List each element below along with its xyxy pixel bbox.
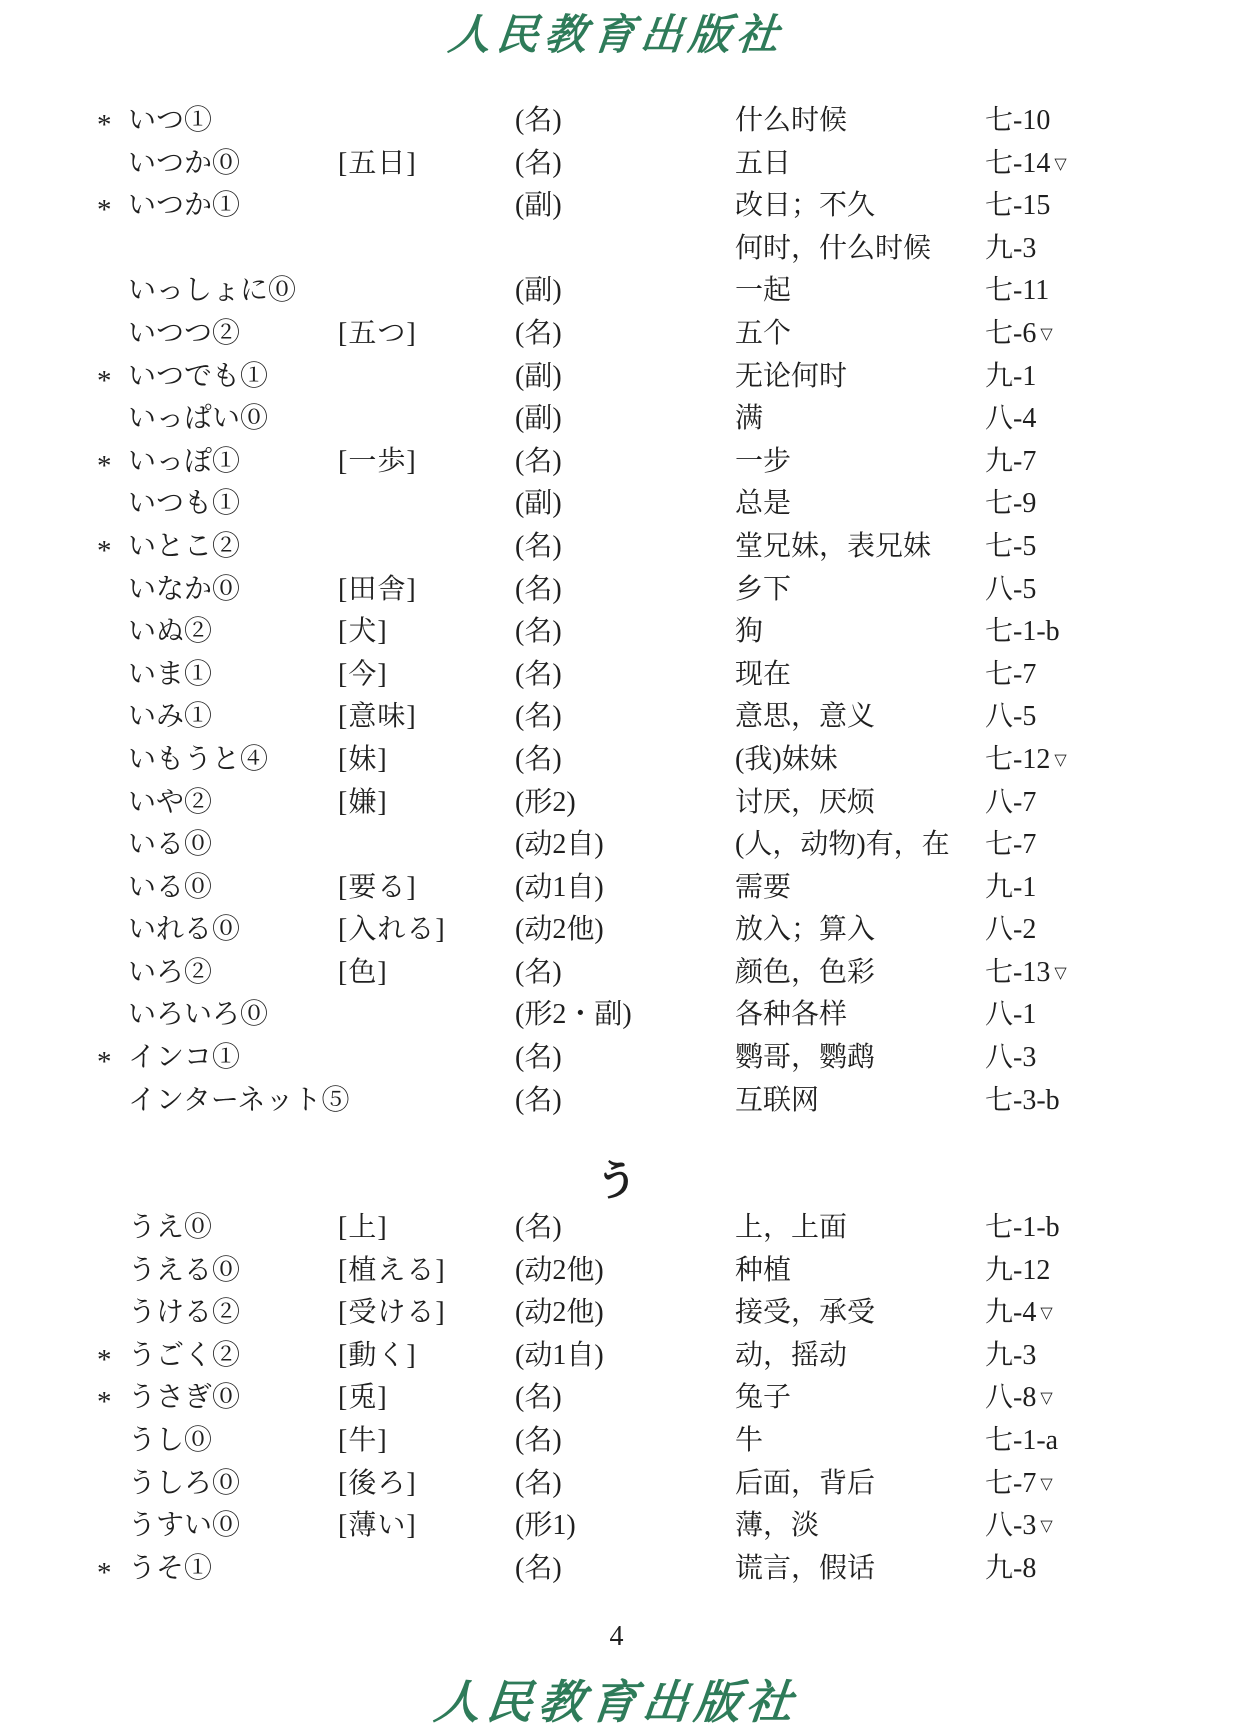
triangle-mark-icon: ▽ (1054, 156, 1066, 173)
word-kanji: [兎] (338, 1377, 388, 1420)
word-kanji: [植える] (338, 1250, 446, 1293)
lesson-reference: 九-1 (985, 867, 1036, 910)
word-kana: うすい⓪ (128, 1505, 240, 1548)
word-kana: うし⓪ (128, 1420, 212, 1463)
vocab-row: いろ②[色](名)颜色，色彩七-13▽ (0, 952, 1233, 995)
part-of-speech: (形2・副) (515, 994, 632, 1037)
part-of-speech: (名) (515, 1080, 562, 1123)
meaning-chinese: 满 (735, 398, 763, 441)
lesson-reference: 八-3▽ (985, 1505, 1053, 1548)
star-mark: * (97, 1041, 112, 1084)
part-of-speech: (名) (515, 696, 562, 739)
star-mark: * (97, 445, 112, 488)
vocab-row: *いつでも①(副)无论何时九-1 (0, 356, 1233, 399)
part-of-speech: (名) (515, 952, 562, 995)
word-kana: うける② (128, 1292, 240, 1335)
word-kana: いや② (128, 782, 212, 825)
part-of-speech: (名) (515, 441, 562, 484)
lesson-reference: 七-7 (985, 654, 1036, 697)
vocab-row: いれる⓪[入れる](动2他)放入；算入八-2 (0, 909, 1233, 952)
triangle-mark-icon: ▽ (1040, 1518, 1052, 1535)
part-of-speech: (名) (515, 313, 562, 356)
meaning-chinese: (人，动物)有，在 (735, 824, 950, 867)
meaning-chinese: 兔子 (735, 1377, 791, 1420)
vocab-section-i: *いつ①(名)什么时候七-10いつか⓪[五日](名)五日七-14▽*いつか①(副… (0, 100, 1233, 1122)
meaning-chinese: 互联网 (735, 1080, 819, 1123)
meaning-chinese: 上，上面 (735, 1207, 847, 1250)
word-kana: いつ① (128, 100, 212, 143)
triangle-mark-icon: ▽ (1040, 1476, 1052, 1493)
lesson-reference: 九-4▽ (985, 1292, 1053, 1335)
word-kanji: [受ける] (338, 1292, 446, 1335)
part-of-speech: (副) (515, 185, 562, 228)
word-kana: いろいろ⓪ (128, 994, 268, 1037)
word-kanji: [五日] (338, 143, 417, 186)
vocab-row: いつつ②[五つ](名)五个七-6▽ (0, 313, 1233, 356)
word-kana: いっぽ① (128, 441, 240, 484)
word-kana: うしろ⓪ (128, 1463, 240, 1506)
lesson-reference: 七-1-b (985, 611, 1060, 654)
star-mark: * (97, 1339, 112, 1382)
word-kana: いれる⓪ (128, 909, 240, 952)
vocab-row: うすい⓪[薄い](形1)薄，淡八-3▽ (0, 1505, 1233, 1548)
meaning-chinese: 狗 (735, 611, 763, 654)
word-kanji: [妹] (338, 739, 388, 782)
meaning-chinese: 各种各样 (735, 994, 847, 1037)
word-kanji: [田舎] (338, 569, 417, 612)
meaning-chinese: 无论何时 (735, 356, 847, 399)
meaning-chinese: 现在 (735, 654, 791, 697)
part-of-speech: (动2他) (515, 1250, 604, 1293)
word-kanji: [後ろ] (338, 1463, 417, 1506)
word-kanji: [要る] (338, 867, 417, 910)
word-kanji: [上] (338, 1207, 388, 1250)
vocab-row: *うそ①(名)谎言，假话九-8 (0, 1548, 1233, 1591)
vocab-row: *いっぽ①[一歩](名)一步九-7 (0, 441, 1233, 484)
part-of-speech: (名) (515, 611, 562, 654)
lesson-reference: 九-12 (985, 1250, 1050, 1293)
part-of-speech: (形2) (515, 782, 576, 825)
lesson-reference: 七-6▽ (985, 313, 1053, 356)
publisher-logo-footer: 人民教育出版社 (0, 1672, 1233, 1734)
meaning-chinese: 种植 (735, 1250, 791, 1293)
word-kana: インコ① (128, 1037, 240, 1080)
vocab-row: いっしょに⓪(副)一起七-11 (0, 270, 1233, 313)
vocab-section-u: うえ⓪[上](名)上，上面七-1-bうえる⓪[植える](动2他)种植九-12うけ… (0, 1207, 1233, 1590)
meaning-chinese: 什么时候 (735, 100, 847, 143)
lesson-reference: 七-15 (985, 185, 1050, 228)
star-mark: * (97, 1381, 112, 1424)
word-kana: いる⓪ (128, 824, 212, 867)
vocab-row: インターネット⑤(名)互联网七-3-b (0, 1080, 1233, 1123)
part-of-speech: (名) (515, 739, 562, 782)
word-kana: いま① (128, 654, 212, 697)
meaning-chinese: 需要 (735, 867, 791, 910)
word-kana: いつも① (128, 483, 240, 526)
word-kanji: [入れる] (338, 909, 446, 952)
lesson-reference: 七-9 (985, 483, 1036, 526)
vocab-row: いる⓪[要る](动1自)需要九-1 (0, 867, 1233, 910)
word-kanji: [色] (338, 952, 388, 995)
vocab-row: いっぱい⓪(副)满八-4 (0, 398, 1233, 441)
word-kana: いつか① (128, 185, 240, 228)
vocab-row: いつも①(副)总是七-9 (0, 483, 1233, 526)
word-kana: いっしょに⓪ (128, 270, 296, 313)
meaning-chinese: 五个 (735, 313, 791, 356)
star-mark: * (97, 104, 112, 147)
lesson-reference: 九-3 (985, 1335, 1036, 1378)
vocab-row: うえ⓪[上](名)上，上面七-1-b (0, 1207, 1233, 1250)
meaning-chinese: 鹦哥，鹦鹉 (735, 1037, 875, 1080)
meaning-chinese: 接受，承受 (735, 1292, 875, 1335)
lesson-reference: 七-10 (985, 100, 1050, 143)
vocab-row: いや②[嫌](形2)讨厌，厌烦八-7 (0, 782, 1233, 825)
part-of-speech: (动2他) (515, 909, 604, 952)
part-of-speech: (动2自) (515, 824, 604, 867)
meaning-chinese: 讨厌，厌烦 (735, 782, 875, 825)
vocab-row: *うさぎ⓪[兎](名)兔子八-8▽ (0, 1377, 1233, 1420)
word-kanji: [薄い] (338, 1505, 417, 1548)
meaning-chinese: 牛 (735, 1420, 763, 1463)
word-kana: うそ① (128, 1548, 212, 1591)
word-kana: いっぱい⓪ (128, 398, 268, 441)
vocab-row: *いつか①(副)改日；不久七-15 (0, 185, 1233, 228)
meaning-chinese: 五日 (735, 143, 791, 186)
word-kana: うえ⓪ (128, 1207, 212, 1250)
vocab-row: うしろ⓪[後ろ](名)后面，背后七-7▽ (0, 1463, 1233, 1506)
vocab-row: 何时，什么时候九-3 (0, 228, 1233, 271)
vocab-row: *いつ①(名)什么时候七-10 (0, 100, 1233, 143)
word-kana: うえる⓪ (128, 1250, 240, 1293)
vocab-row: うし⓪[牛](名)牛七-1-a (0, 1420, 1233, 1463)
lesson-reference: 九-8 (985, 1548, 1036, 1591)
part-of-speech: (形1) (515, 1505, 576, 1548)
star-mark: * (97, 1552, 112, 1595)
part-of-speech: (副) (515, 356, 562, 399)
part-of-speech: (名) (515, 1420, 562, 1463)
word-kanji: [嫌] (338, 782, 388, 825)
star-mark: * (97, 360, 112, 403)
meaning-chinese: 谎言，假话 (735, 1548, 875, 1591)
lesson-reference: 八-5 (985, 696, 1036, 739)
lesson-reference: 八-1 (985, 994, 1036, 1037)
vocab-row: *インコ①(名)鹦哥，鹦鹉八-3 (0, 1037, 1233, 1080)
meaning-chinese: 意思，意义 (735, 696, 875, 739)
word-kana: いなか⓪ (128, 569, 240, 612)
meaning-chinese: 薄，淡 (735, 1505, 819, 1548)
triangle-mark-icon: ▽ (1040, 326, 1052, 343)
lesson-reference: 七-1-b (985, 1207, 1060, 1250)
word-kana: いとこ② (128, 526, 240, 569)
triangle-mark-icon: ▽ (1054, 965, 1066, 982)
page-number: 4 (0, 1615, 1233, 1659)
word-kana: いぬ② (128, 611, 212, 654)
part-of-speech: (动1自) (515, 1335, 604, 1378)
meaning-chinese: 动，摇动 (735, 1335, 847, 1378)
lesson-reference: 七-1-a (985, 1420, 1058, 1463)
lesson-reference: 八-5 (985, 569, 1036, 612)
word-kanji: [五つ] (338, 313, 417, 356)
vocab-row: いろいろ⓪(形2・副)各种各样八-1 (0, 994, 1233, 1037)
vocab-row: いつか⓪[五日](名)五日七-14▽ (0, 143, 1233, 186)
vocab-row: いま①[今](名)现在七-7 (0, 654, 1233, 697)
word-kana: いつつ② (128, 313, 240, 356)
meaning-chinese: 一起 (735, 270, 791, 313)
lesson-reference: 七-7 (985, 824, 1036, 867)
part-of-speech: (名) (515, 1037, 562, 1080)
word-kana: いる⓪ (128, 867, 212, 910)
vocab-row: いもうと④[妹](名)(我)妹妹七-12▽ (0, 739, 1233, 782)
part-of-speech: (名) (515, 143, 562, 186)
lesson-reference: 七-3-b (985, 1080, 1060, 1123)
lesson-reference: 九-7 (985, 441, 1036, 484)
lesson-reference: 七-14▽ (985, 143, 1067, 186)
part-of-speech: (名) (515, 654, 562, 697)
meaning-chinese: 乡下 (735, 569, 791, 612)
lesson-reference: 七-5 (985, 526, 1036, 569)
lesson-reference: 九-3 (985, 228, 1036, 271)
meaning-chinese: 堂兄妹，表兄妹 (735, 526, 931, 569)
meaning-chinese: 何时，什么时候 (735, 228, 931, 271)
meaning-chinese: 一步 (735, 441, 791, 484)
lesson-reference: 八-8▽ (985, 1377, 1053, 1420)
word-kana: うさぎ⓪ (128, 1377, 240, 1420)
part-of-speech: (名) (515, 100, 562, 143)
lesson-reference: 七-13▽ (985, 952, 1067, 995)
star-mark: * (97, 189, 112, 232)
lesson-reference: 七-11 (985, 270, 1049, 313)
vocab-row: いぬ②[犬](名)狗七-1-b (0, 611, 1233, 654)
part-of-speech: (副) (515, 398, 562, 441)
vocab-row: いる⓪(动2自)(人，动物)有，在七-7 (0, 824, 1233, 867)
part-of-speech: (副) (515, 483, 562, 526)
meaning-chinese: 后面，背后 (735, 1463, 875, 1506)
part-of-speech: (名) (515, 1548, 562, 1591)
lesson-reference: 八-2 (985, 909, 1036, 952)
triangle-mark-icon: ▽ (1054, 752, 1066, 769)
meaning-chinese: 颜色，色彩 (735, 952, 875, 995)
word-kana: いみ① (128, 696, 212, 739)
section-header-u: う (0, 1150, 1233, 1214)
lesson-reference: 九-1 (985, 356, 1036, 399)
vocab-row: *うごく②[動く](动1自)动，摇动九-3 (0, 1335, 1233, 1378)
word-kana: うごく② (128, 1335, 240, 1378)
publisher-logo-header: 人民教育出版社 (0, 5, 1233, 67)
vocab-row: うける②[受ける](动2他)接受，承受九-4▽ (0, 1292, 1233, 1335)
word-kanji: [今] (338, 654, 388, 697)
part-of-speech: (动2他) (515, 1292, 604, 1335)
word-kana: いろ② (128, 952, 212, 995)
word-kana: いつか⓪ (128, 143, 240, 186)
part-of-speech: (名) (515, 526, 562, 569)
part-of-speech: (名) (515, 1207, 562, 1250)
vocab-row: うえる⓪[植える](动2他)种植九-12 (0, 1250, 1233, 1293)
star-mark: * (97, 530, 112, 573)
lesson-reference: 七-12▽ (985, 739, 1067, 782)
word-kana: インターネット⑤ (128, 1080, 349, 1123)
meaning-chinese: (我)妹妹 (735, 739, 838, 782)
triangle-mark-icon: ▽ (1040, 1390, 1052, 1407)
word-kana: いもうと④ (128, 739, 268, 782)
part-of-speech: (副) (515, 270, 562, 313)
meaning-chinese: 改日；不久 (735, 185, 875, 228)
meaning-chinese: 放入；算入 (735, 909, 875, 952)
word-kanji: [動く] (338, 1335, 417, 1378)
triangle-mark-icon: ▽ (1040, 1305, 1052, 1322)
word-kanji: [一歩] (338, 441, 417, 484)
word-kanji: [犬] (338, 611, 388, 654)
word-kana: いつでも① (128, 356, 268, 399)
part-of-speech: (名) (515, 1463, 562, 1506)
vocab-row: いなか⓪[田舎](名)乡下八-5 (0, 569, 1233, 612)
lesson-reference: 八-7 (985, 782, 1036, 825)
word-kanji: [牛] (338, 1420, 388, 1463)
meaning-chinese: 总是 (735, 483, 791, 526)
lesson-reference: 七-7▽ (985, 1463, 1053, 1506)
vocab-row: *いとこ②(名)堂兄妹，表兄妹七-5 (0, 526, 1233, 569)
part-of-speech: (名) (515, 1377, 562, 1420)
part-of-speech: (动1自) (515, 867, 604, 910)
lesson-reference: 八-4 (985, 398, 1036, 441)
lesson-reference: 八-3 (985, 1037, 1036, 1080)
vocab-row: いみ①[意味](名)意思，意义八-5 (0, 696, 1233, 739)
word-kanji: [意味] (338, 696, 417, 739)
part-of-speech: (名) (515, 569, 562, 612)
